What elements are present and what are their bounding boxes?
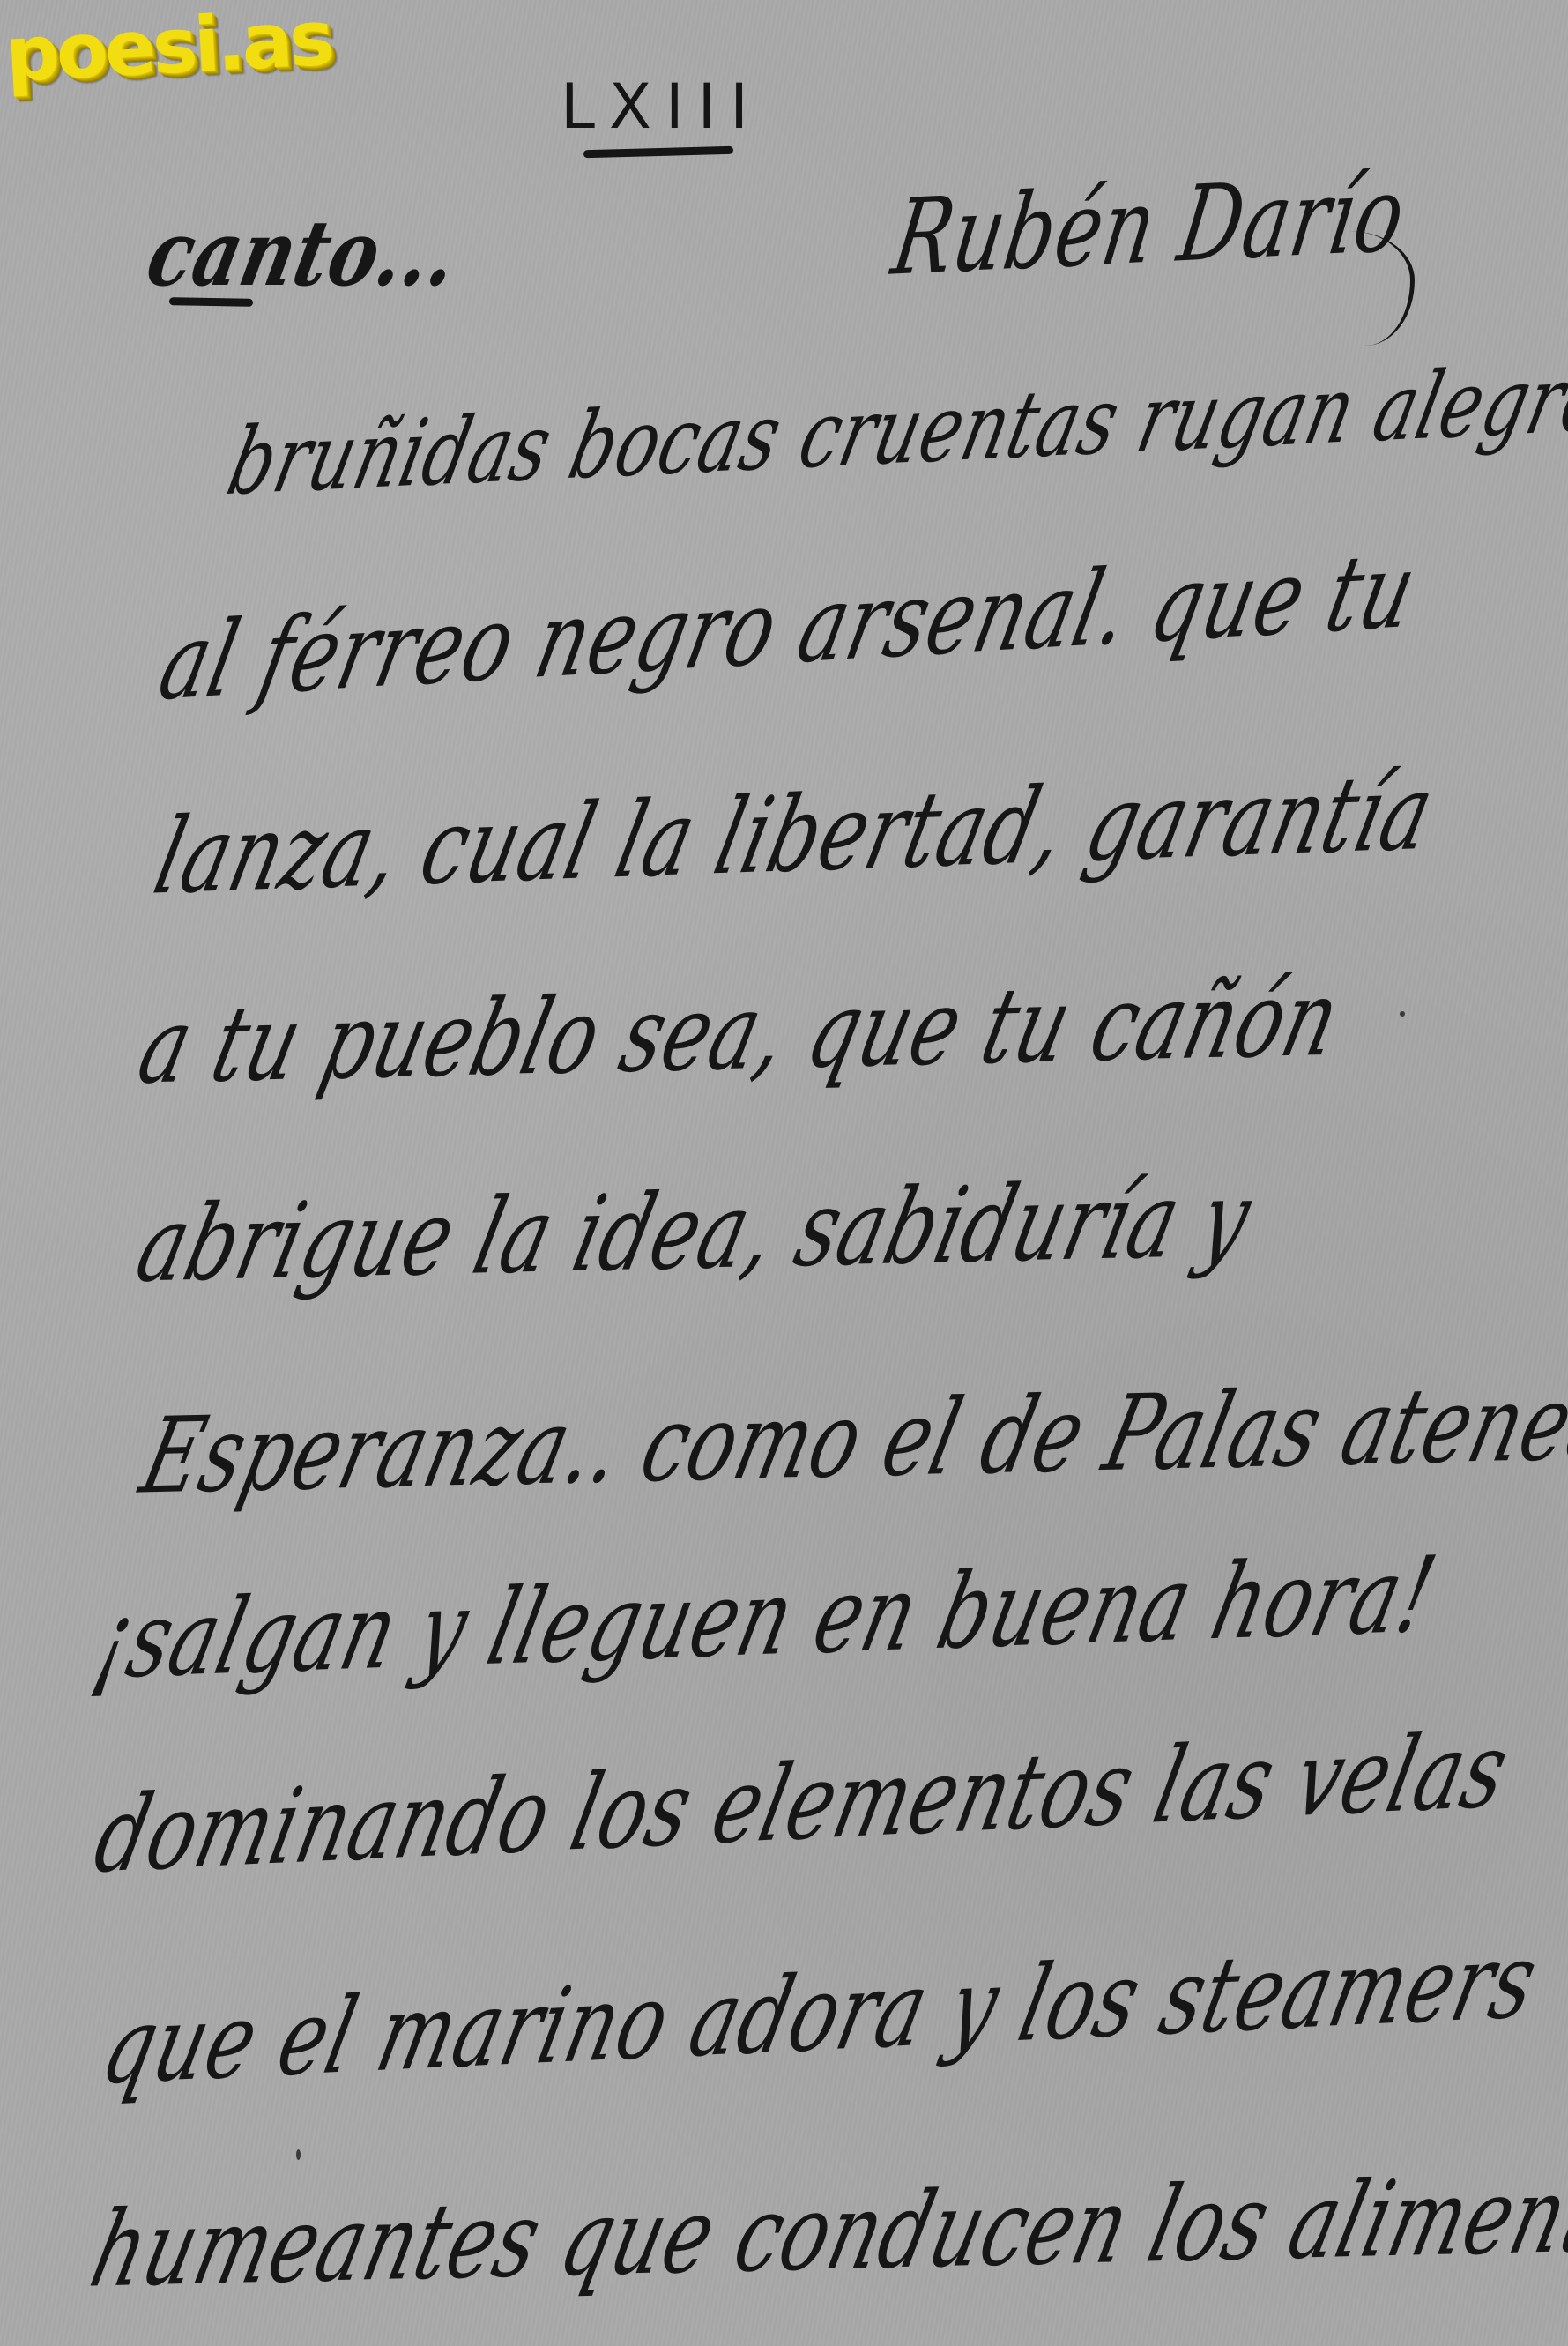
poesias-logo[interactable]: poesi.as [4, 1, 333, 93]
poem-title: canto... [138, 201, 467, 307]
poem-line-9: que el marino adora y los steamers [92, 1918, 1548, 2107]
poem-number: LXIII [561, 71, 762, 143]
poem-line-8: dominando los elementos las velas [85, 1709, 1519, 1896]
poem-line-1: bruñidas bocas cruentas rugan alegres [219, 344, 1568, 517]
poem-number-underline [583, 146, 733, 158]
poem-title-underline [169, 297, 253, 307]
signature-flourish [1331, 231, 1415, 346]
poem-line-4: a tu pueblo sea, que tu cañón [129, 957, 1351, 1107]
manuscript-page: poesi.as LXIII canto... Rubén Darío bruñ… [0, 0, 1568, 2346]
ink-speck [1400, 1011, 1405, 1017]
poem-line-3: lanza, cual la libertad, garantía [145, 750, 1445, 918]
ink-speck [296, 2149, 301, 2160]
poem-line-10: humeantes que conducen los alimentos [81, 2151, 1568, 2311]
poem-line-2: al férreo negro arsenal. que tu [150, 529, 1427, 724]
poem-line-6: Esperanza.. como el de Palas atenea. [131, 1359, 1568, 1517]
poem-line-7: ¡salgan y lleguen en buena hora! [85, 1533, 1447, 1702]
poem-line-5: abrigue la idea, sabiduría y [127, 1158, 1263, 1306]
